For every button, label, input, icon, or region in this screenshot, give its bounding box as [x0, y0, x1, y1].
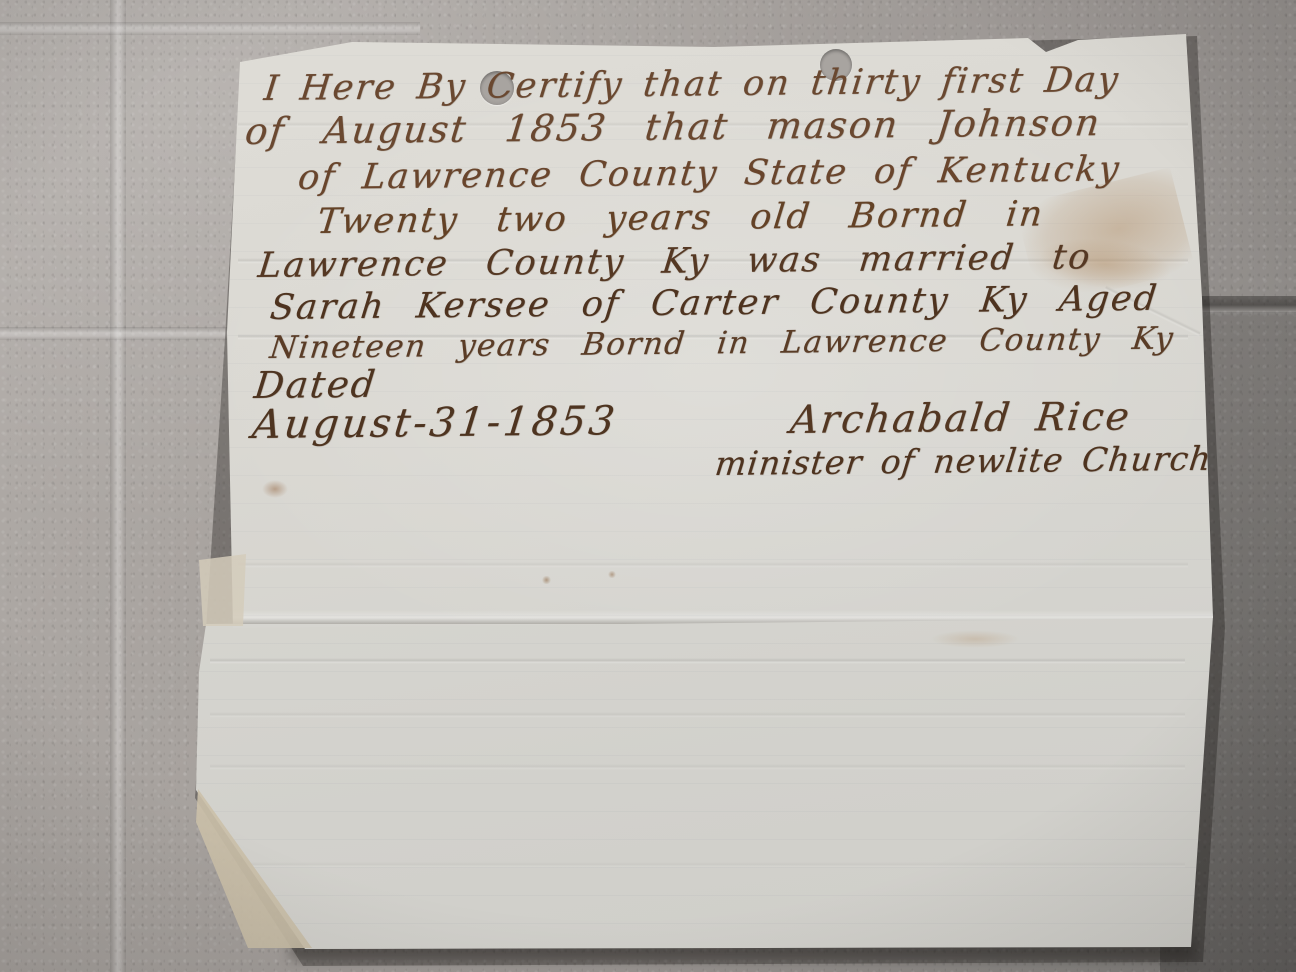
- photo-vignette: [0, 0, 1296, 972]
- document-photograph: I Here By Certify that on thirty first D…: [0, 0, 1296, 972]
